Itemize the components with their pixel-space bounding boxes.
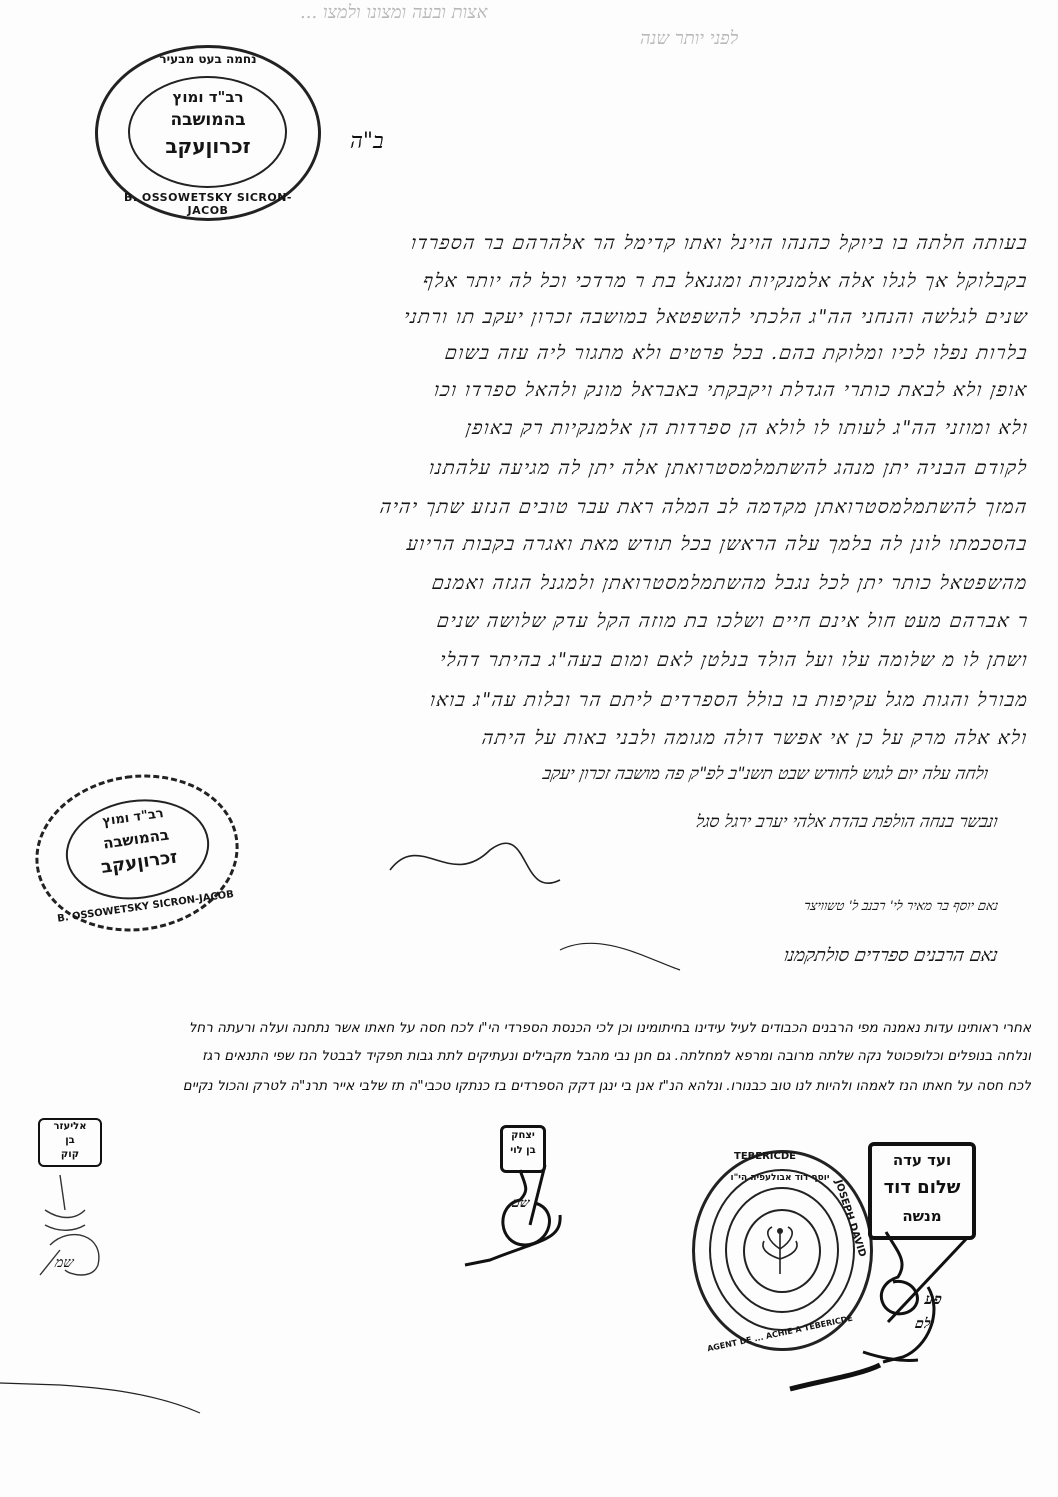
body-line: לקודם הבניה יתן מנהג להשתמלמסטרואתן אלה … [428, 457, 1030, 480]
signature-loop-middle [460, 1165, 590, 1275]
body-line: המזך להשתמלמסטרואתן מקדמה לב המלה ראת עב… [379, 496, 1030, 519]
oval-stamp-top: נחמה בעט מבעיר רב"ד ומוץ בהמושבה זכרוןעק… [95, 45, 321, 221]
closing-line: ונבשר בנחה הולפת בהדת אלהי יערב ירגל סגל [695, 812, 1000, 832]
body-line: בעותה חלתה בו ביוקל כהנהו הוינל ואתו קדי… [409, 232, 1029, 255]
stamp-line: בן [40, 1134, 100, 1148]
stamp-line: קוק [40, 1148, 100, 1162]
attestation-line: לכח חסה על חאתו הנז לאמהו ולהיות לנו טוב… [36, 1078, 1031, 1094]
stamp-outer-latin: B. OSSOWETSKY SICRON-JACOB [108, 191, 308, 217]
closing-line: נאם יוסף בר מאיר לי' רבנב ל' טשוויצר [803, 898, 1000, 914]
attestation-line: ונלחה בנופלים וכלופכוטל נקה שלתה מרובה ו… [36, 1048, 1031, 1064]
stamp-line: יצחק [503, 1128, 543, 1143]
body-line: בקבלוקל אך לגלו אלה אלמנקיות ומגנאל בת ר… [422, 270, 1030, 293]
stamp-line: ועד עדה [872, 1146, 972, 1174]
body-line: בהסכמתו לונן לה בלמך עלה הראשן בכל תודש … [406, 533, 1030, 556]
oval-stamp-middle: רב"ד ומוץ בהמושבה זכרוןעקב B. OSSOWETSKY… [25, 762, 249, 945]
seal-top-latin: TEBERICDE [715, 1151, 815, 1162]
closing-line: ולחה עלה יום לגוש לחודש שבט תשנ"ב לפ"ק פ… [541, 764, 990, 784]
body-line: בלרות נפלו לכיו ומלוקת בהם. בכל פרטים ול… [443, 342, 1029, 365]
faint-top-note: אצות ובעה ומצונו ולמצו ... [300, 2, 487, 23]
stamp-line: זכרוןעקב [138, 134, 278, 158]
body-line: ושתן לו מ שלומה עלו ועל הולד בנלטן לאם ו… [438, 649, 1029, 672]
seal-floral-emblem-icon [750, 1219, 810, 1279]
stamp-script: ילם [914, 1316, 936, 1333]
stamp-line: בן לוי [503, 1143, 543, 1158]
round-seal: TEBERICDE JOSEPH DAVID יוסף דוד אבולעפיה… [692, 1150, 873, 1351]
box-stamp-right: ועד עדה שלום דוד מנשה [868, 1142, 976, 1240]
signature-loop-left [30, 1165, 140, 1285]
attestation-line: אחרי ראותינו עדות נאמנה מפי הרבנים הכבוד… [36, 1020, 1031, 1036]
stamp-script: שם [511, 1195, 531, 1211]
body-line: שנים לגלשה והנחני הה"ג הלכתי להשפטאל במו… [402, 306, 1029, 329]
stamp-line: בהמושבה [138, 110, 278, 130]
body-line: מהשפטאל כותר יתן לכל נגבל מהשתמלמסטרואתן… [431, 572, 1030, 595]
stamp-line: רב"ד ומוץ [138, 88, 278, 106]
body-line: ר אברהם מעט חול אינם חיים ושלכו בת מוזה … [435, 610, 1030, 633]
box-stamp-left: אליעזר בן קוק [38, 1118, 102, 1167]
document-header: ב"ה [350, 128, 384, 154]
stamp-line: מנשה [872, 1202, 972, 1230]
signature: נאם הרבנים ספרדים סולתקמנו [782, 945, 999, 966]
body-line: אופן ולא לבאת כותרי הגדלת ויקבקתי באבראל… [433, 379, 1030, 402]
stamp-script: פע [923, 1290, 943, 1309]
signature-flourish [380, 830, 680, 1010]
stamp-line: אליעזר [40, 1120, 100, 1134]
seal-hebrew-ring: יוסף דוד אבולעפיה הי"ו [715, 1173, 845, 1183]
body-line: ולא ומוזני הה"ג לעותו לו לולא הן ספרדות … [464, 417, 1030, 440]
body-line: מבורל והגות מגל עקיפות בו בולל הספרדים ל… [428, 689, 1030, 712]
body-line: ולא אלה מרק על כן אי אפשר דולה מגומה ולב… [481, 727, 1030, 750]
stray-mark [0, 1375, 1058, 1415]
stamp-line: שלום דוד [872, 1174, 972, 1202]
stamp-outer-hebrew: נחמה בעט מבעיר [138, 52, 278, 66]
document-page: אצות ובעה ומצונו ולמצו ... לפני יותר שנה… [0, 0, 1058, 1497]
faint-top-note: לפני יותר שנה [640, 28, 738, 49]
stamp-script: שמ [54, 1255, 75, 1272]
